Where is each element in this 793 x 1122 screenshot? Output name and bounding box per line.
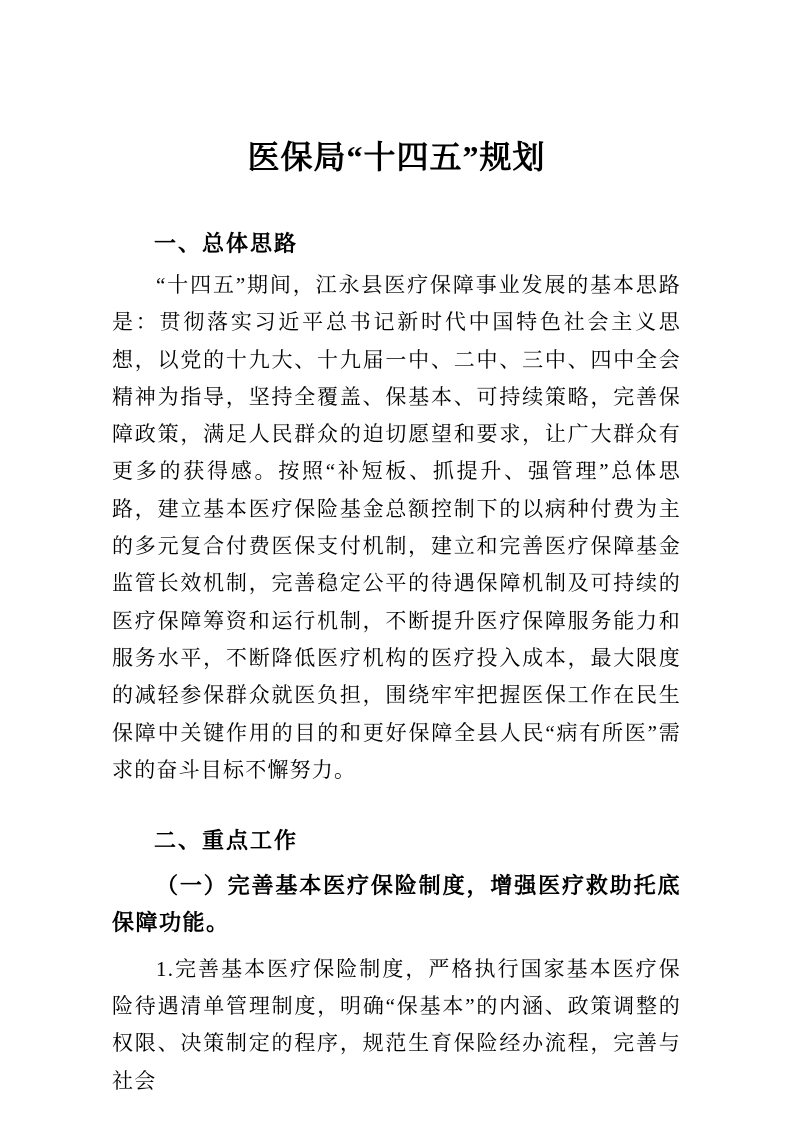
document-page: 医保局“十四五”规划 一、总体思路 “十四五”期间，江永县医疗保障事业发展的基本… — [0, 0, 793, 1122]
section-1-paragraph: “十四五”期间，江永县医疗保障事业发展的基本思路是：贯彻落实习近平总书记新时代中… — [112, 267, 681, 789]
section-2-heading: 二、重点工作 — [112, 827, 681, 855]
section-2-paragraph: 1.完善基本医疗保险制度，严格执行国家基本医疗保险待遇清单管理制度，明确“保基本… — [112, 951, 681, 1100]
section-2-subheading: （一）完善基本医疗保险制度，增强医疗救助托底保障功能。 — [112, 867, 681, 942]
section-1-heading: 一、总体思路 — [112, 230, 681, 258]
document-title: 医保局“十四五”规划 — [112, 138, 681, 176]
